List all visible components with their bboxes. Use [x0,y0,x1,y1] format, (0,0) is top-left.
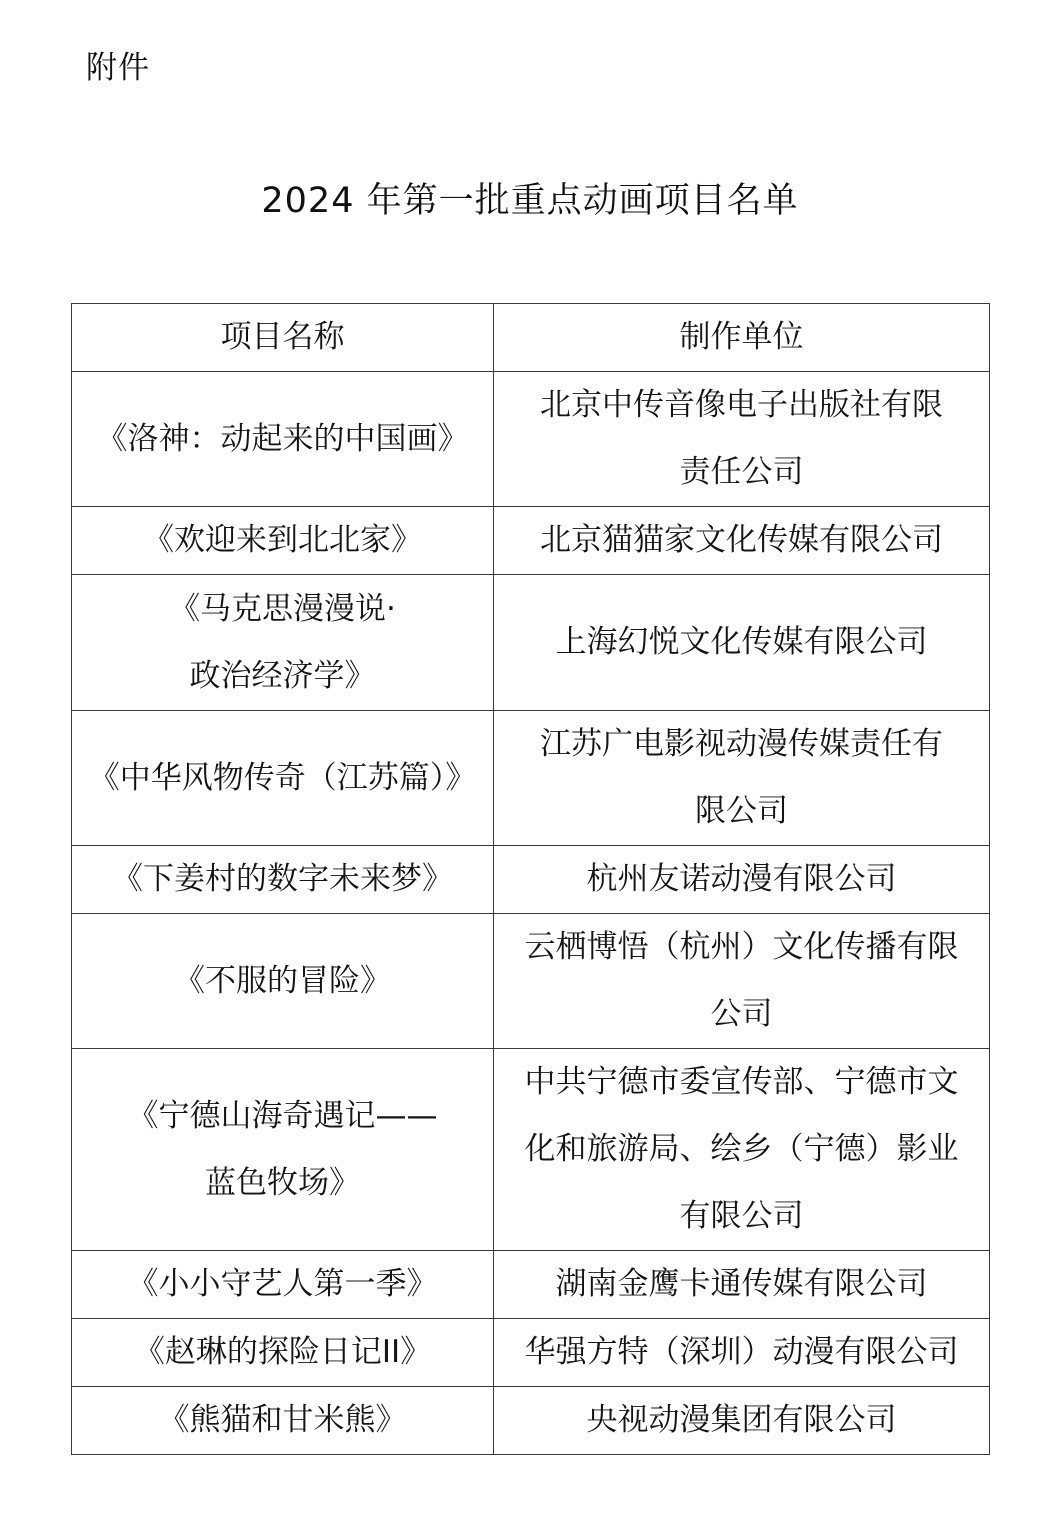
project-name-text: 《小小守艺人第一季》 [82,1251,483,1318]
producer-text: 江苏广电影视动漫传媒责任有 [504,711,979,778]
table-row: 《马克思漫漫说·政治经济学》上海幻悦文化传媒有限公司 [72,575,990,711]
project-name-cell: 《小小守艺人第一季》 [72,1251,494,1319]
project-name-text: 蓝色牧场》 [82,1150,483,1217]
document-title: 2024 年第一批重点动画项目名单 [0,176,1050,226]
producer-text: 北京猫猫家文化传媒有限公司 [504,507,979,574]
table-row: 《宁德山海奇遇记——蓝色牧场》中共宁德市委宣传部、宁德市文化和旅游局、绘乡（宁德… [72,1049,990,1251]
producer-text: 华强方特（深圳）动漫有限公司 [504,1319,979,1386]
producer-cell: 上海幻悦文化传媒有限公司 [494,575,990,711]
producer-text: 杭州友诺动漫有限公司 [504,846,979,913]
table-row: 《中华风物传奇（江苏篇）》江苏广电影视动漫传媒责任有限公司 [72,711,990,846]
column-header-project-name: 项目名称 [72,304,494,372]
project-name-cell: 《不服的冒险》 [72,914,494,1049]
table-row: 《下姜村的数字未来梦》杭州友诺动漫有限公司 [72,846,990,914]
attachment-label: 附件 [86,46,150,90]
producer-text: 责任公司 [504,439,979,506]
producer-text: 湖南金鹰卡通传媒有限公司 [504,1251,979,1318]
project-name-text: 《洛神：动起来的中国画》 [82,406,483,473]
producer-cell: 北京中传音像电子出版社有限责任公司 [494,372,990,507]
project-name-text: 《下姜村的数字未来梦》 [82,846,483,913]
producer-cell: 华强方特（深圳）动漫有限公司 [494,1319,990,1387]
project-name-cell: 《宁德山海奇遇记——蓝色牧场》 [72,1049,494,1251]
key-animation-projects-table: 项目名称 制作单位 《洛神：动起来的中国画》北京中传音像电子出版社有限责任公司《… [71,303,990,1455]
table-row: 《熊猫和甘米熊》央视动漫集团有限公司 [72,1387,990,1455]
producer-cell: 湖南金鹰卡通传媒有限公司 [494,1251,990,1319]
project-name-text: 《赵琳的探险日记II》 [82,1319,483,1386]
column-header-producer: 制作单位 [494,304,990,372]
producer-cell: 江苏广电影视动漫传媒责任有限公司 [494,711,990,846]
project-name-text: 政治经济学》 [82,643,483,710]
project-name-cell: 《赵琳的探险日记II》 [72,1319,494,1387]
producer-text: 央视动漫集团有限公司 [504,1387,979,1454]
project-name-cell: 《洛神：动起来的中国画》 [72,372,494,507]
table-body: 《洛神：动起来的中国画》北京中传音像电子出版社有限责任公司《欢迎来到北北家》北京… [72,372,990,1455]
project-name-cell: 《欢迎来到北北家》 [72,507,494,575]
table-row: 《不服的冒险》云栖博悟（杭州）文化传播有限公司 [72,914,990,1049]
producer-cell: 中共宁德市委宣传部、宁德市文化和旅游局、绘乡（宁德）影业有限公司 [494,1049,990,1251]
producer-text: 中共宁德市委宣传部、宁德市文 [504,1049,979,1116]
project-name-text: 《欢迎来到北北家》 [82,507,483,574]
project-name-text: 《熊猫和甘米熊》 [82,1387,483,1454]
project-name-text: 《宁德山海奇遇记—— [82,1083,483,1150]
table-row: 《小小守艺人第一季》湖南金鹰卡通传媒有限公司 [72,1251,990,1319]
project-name-cell: 《马克思漫漫说·政治经济学》 [72,575,494,711]
project-name-cell: 《中华风物传奇（江苏篇）》 [72,711,494,846]
producer-text: 限公司 [504,778,979,845]
producer-text: 北京中传音像电子出版社有限 [504,372,979,439]
table-row: 《赵琳的探险日记II》华强方特（深圳）动漫有限公司 [72,1319,990,1387]
producer-text: 公司 [504,981,979,1048]
project-name-text: 《不服的冒险》 [82,948,483,1015]
project-name-cell: 《下姜村的数字未来梦》 [72,846,494,914]
producer-cell: 云栖博悟（杭州）文化传播有限公司 [494,914,990,1049]
project-name-cell: 《熊猫和甘米熊》 [72,1387,494,1455]
producer-text: 化和旅游局、绘乡（宁德）影业 [504,1116,979,1183]
producer-text: 有限公司 [504,1183,979,1250]
table-row: 《洛神：动起来的中国画》北京中传音像电子出版社有限责任公司 [72,372,990,507]
producer-cell: 杭州友诺动漫有限公司 [494,846,990,914]
producer-cell: 央视动漫集团有限公司 [494,1387,990,1455]
producer-text: 云栖博悟（杭州）文化传播有限 [504,914,979,981]
producer-cell: 北京猫猫家文化传媒有限公司 [494,507,990,575]
producer-text: 上海幻悦文化传媒有限公司 [504,609,979,676]
table-header-row: 项目名称 制作单位 [72,304,990,372]
table-row: 《欢迎来到北北家》北京猫猫家文化传媒有限公司 [72,507,990,575]
project-name-text: 《马克思漫漫说· [82,576,483,643]
project-name-text: 《中华风物传奇（江苏篇）》 [82,745,483,812]
